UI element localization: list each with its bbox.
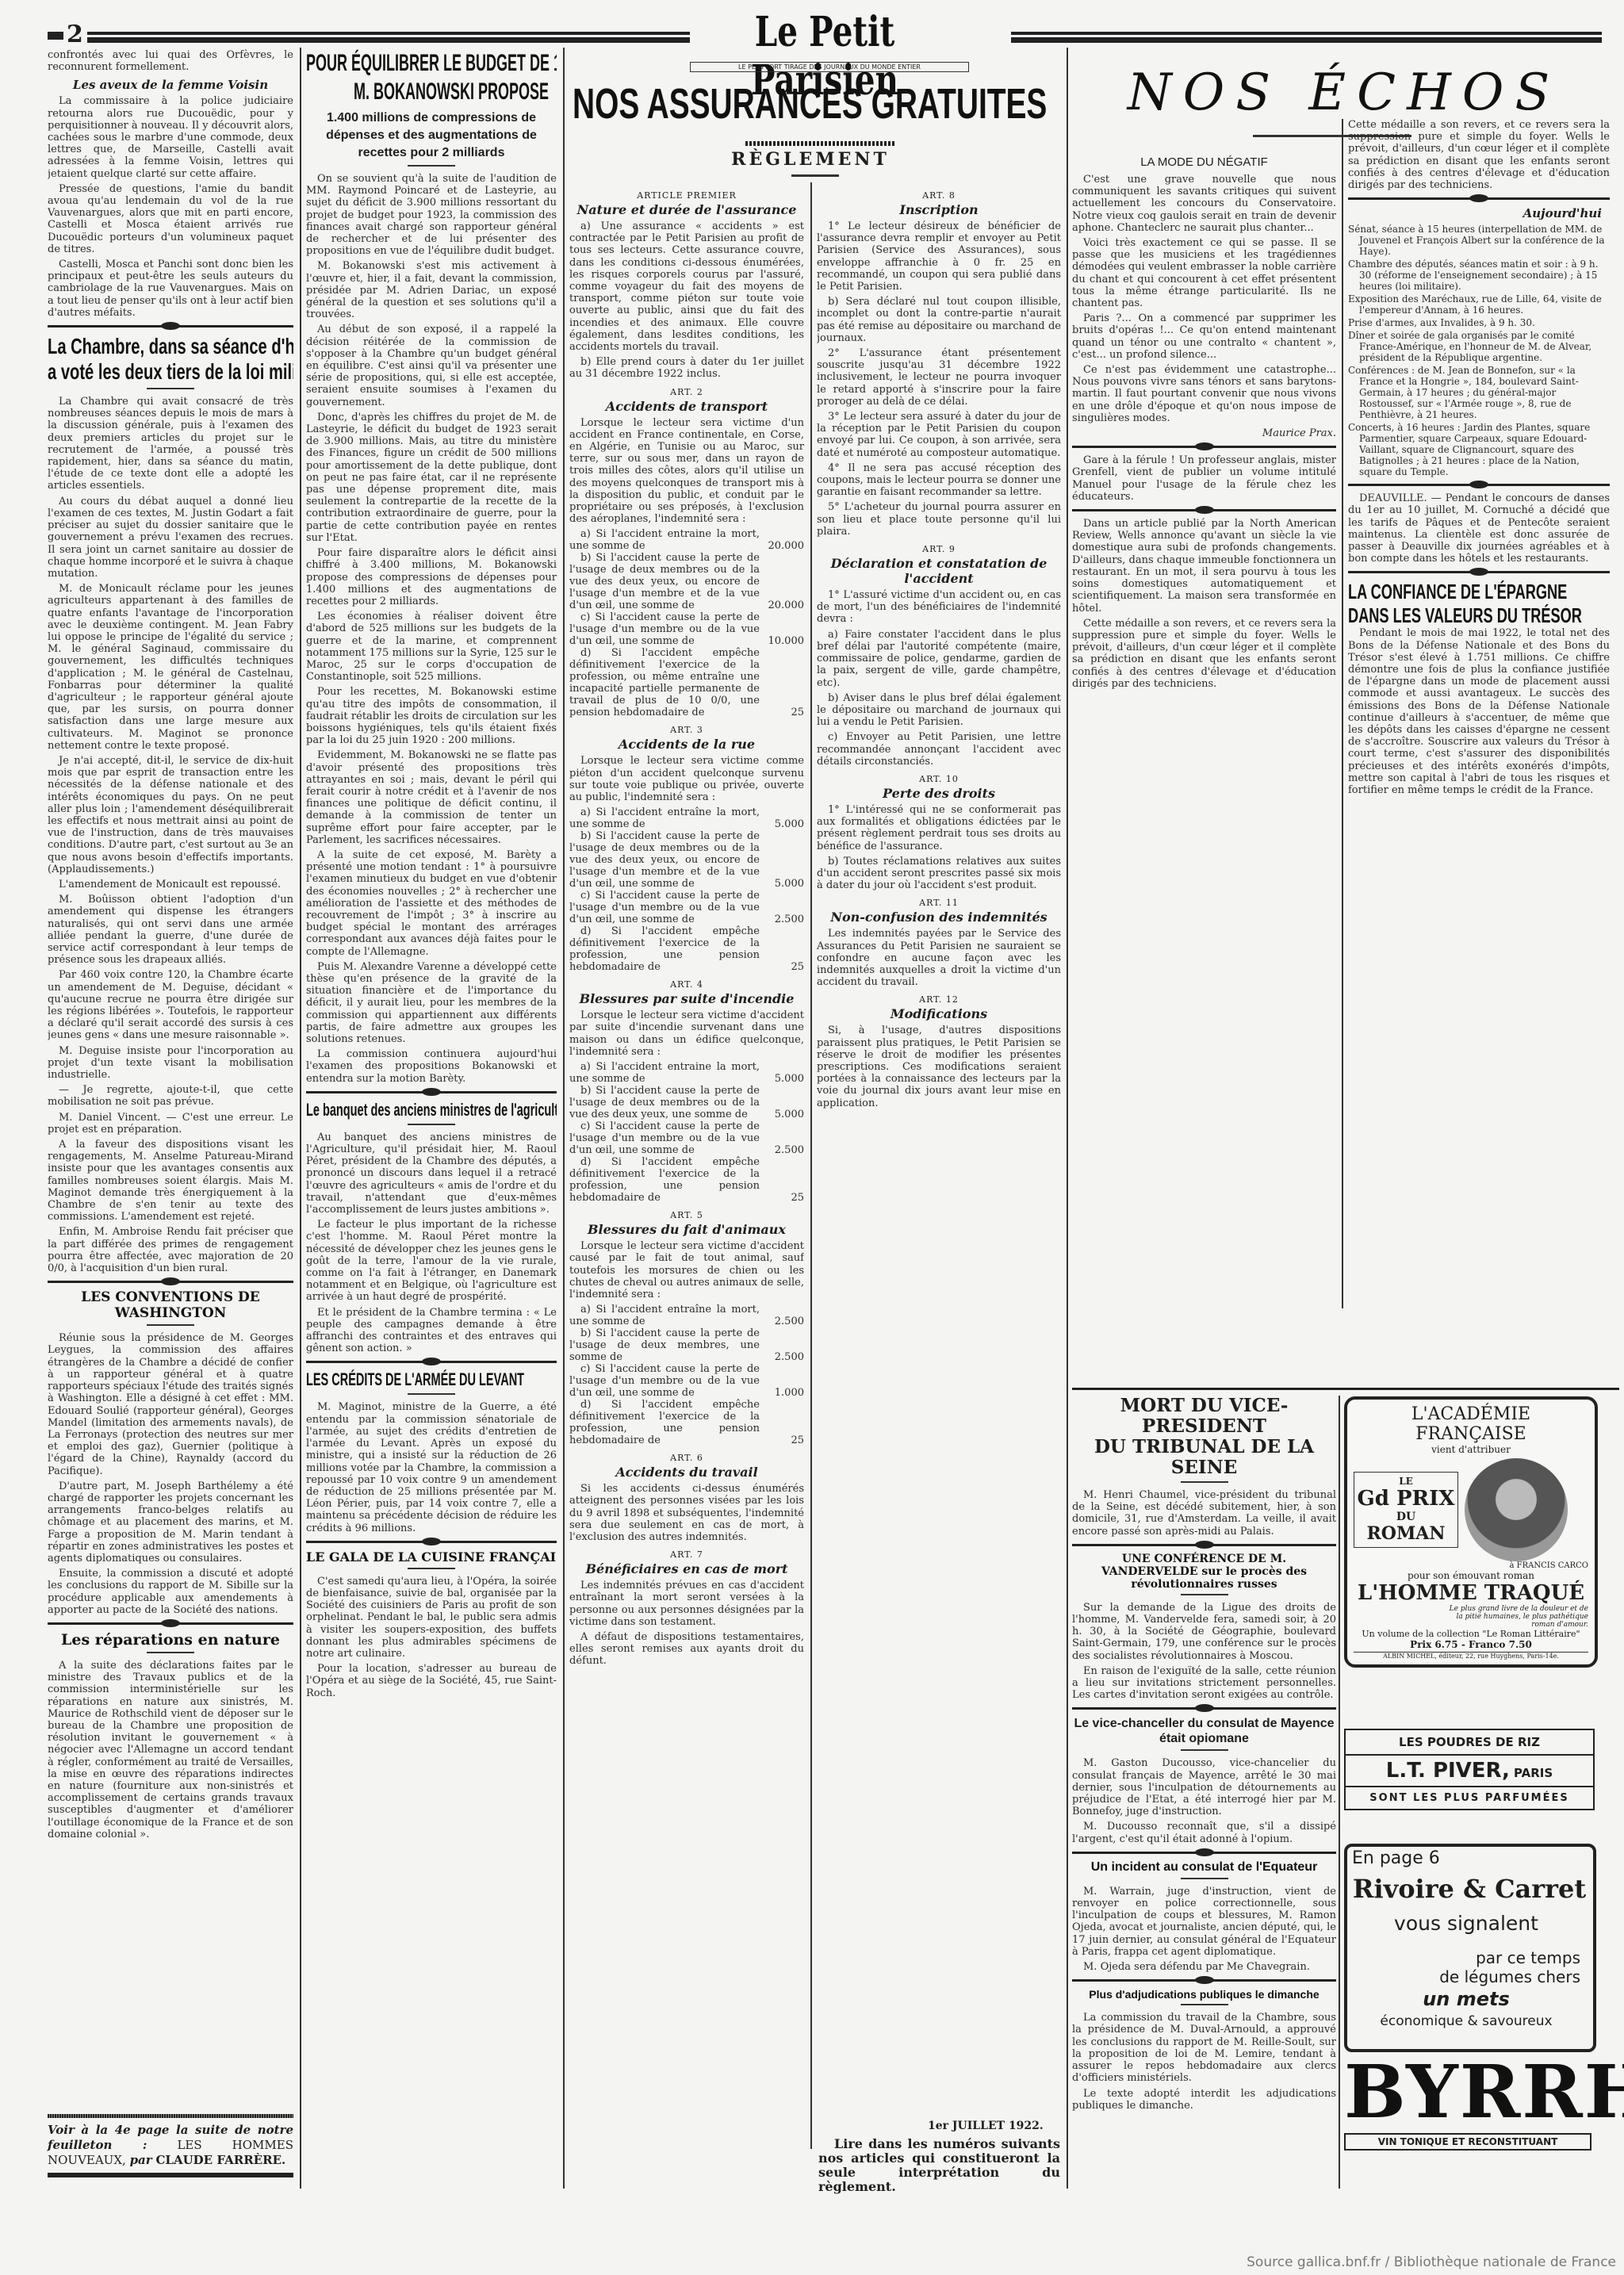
echoes-title: NOS ÉCHOS <box>1082 63 1606 122</box>
paragraph: M. Warrain, juge d'instruction, vient de… <box>1072 1886 1336 1958</box>
column-1: confrontés avec lui quai des Orfèvres, l… <box>48 49 293 2190</box>
mini-rule <box>147 1652 194 1653</box>
paragraph: Lorsque le lecteur sera victime d'un acc… <box>569 417 804 526</box>
paragraph: 5° L'acheteur du journal pourra assurer … <box>817 501 1061 538</box>
paragraph: Le texte adopté interdit les adjudicatio… <box>1072 2088 1336 2112</box>
paragraph: Pour la location, s'adresser au bureau d… <box>306 1663 557 1699</box>
article-label: ART. 8 <box>817 190 1061 201</box>
ad-academie[interactable]: L'ACADÉMIE FRANÇAISE vient d'attribuer L… <box>1344 1392 1598 1672</box>
headline-credits-levant: LES CRÉDITS DE L'ARMÉE DU LEVANT <box>306 1369 472 1390</box>
article-title: Modifications <box>817 1006 1061 1021</box>
paragraph: Castelli, Mosca et Panchi sont donc bien… <box>48 259 293 319</box>
article-section: ART. 3Accidents de la rueLorsque le lect… <box>569 725 804 973</box>
indemnity-row: d) Si l'accident empêche définitivement … <box>569 925 804 973</box>
column-rule <box>1067 48 1068 2189</box>
indemnity-row: a) Si l'accident entraine la mort, une s… <box>569 528 804 552</box>
paragraph: Pressée de questions, l'amie du bandit a… <box>48 183 293 255</box>
paragraph: Au début de son exposé, il a rappelé la … <box>306 324 557 408</box>
paragraph: Paris ?... On a commencé par supprimer l… <box>1072 312 1336 361</box>
paragraph: b) Elle prend cours à dater du 1er juill… <box>569 356 804 380</box>
article-label: ART. 4 <box>569 979 804 990</box>
ad-collection: Un volume de la collection "Le Roman Lit… <box>1354 1629 1588 1639</box>
mini-rule <box>1181 1481 1228 1483</box>
ornamental-rule <box>48 1281 293 1283</box>
agenda-item: Dîner et soirée de gala organisés par le… <box>1348 330 1610 363</box>
column-rule <box>1339 1396 1340 2189</box>
paragraph: Le facteur le plus important de la riche… <box>306 1219 557 1303</box>
column-rule <box>1342 119 1343 1308</box>
dotted-rule <box>48 2173 293 2177</box>
article-section: ART. 8Inscription1° Le lecteur désireux … <box>817 190 1061 538</box>
headline-reparations: Les réparations en nature <box>48 1631 293 1649</box>
indemnity-value: 25 <box>760 961 804 973</box>
ad-rivoire-brand: Rivoire & Carret <box>1350 1874 1588 1904</box>
ad-author: à FRANCIS CARCO <box>1354 1561 1588 1570</box>
indemnity-row: a) Si l'accident entraîne la mort, une s… <box>569 806 804 830</box>
indemnity-value: 5.000 <box>760 878 804 890</box>
paragraph: 1° Le lecteur désireux de bénéficier de … <box>817 220 1061 293</box>
paragraph: Ensuite, la commission a discuté et adop… <box>48 1568 293 1616</box>
indemnity-row: d) Si l'accident empêche définitivement … <box>569 1156 804 1204</box>
article-title: Non-confusion des indemnités <box>817 910 1061 925</box>
ad-prize-box: LE Gd PRIX DU ROMAN <box>1354 1472 1458 1548</box>
paragraph: M. Gaston Ducousso, vice-chancelier du c… <box>1072 1757 1336 1817</box>
indemnity-value: 5.000 <box>760 1073 804 1085</box>
paragraph: La commission du travail de la Chambre, … <box>1072 2012 1336 2084</box>
paragraph: Voici très exactement ce qui se passe. I… <box>1072 237 1336 309</box>
closing-note: Lire dans les numéros suivants nos artic… <box>818 2137 1060 2194</box>
paragraph: D'autre part, M. Joseph Barthélemy a été… <box>48 1480 293 1565</box>
indemnity-row: c) Si l'accident cause la perte de l'usa… <box>569 890 804 925</box>
article-section: ART. 10Perte des droits1° L'intéressé qu… <box>817 774 1061 891</box>
headline-assurances: NOS ASSURANCES GRATUITES <box>573 79 926 128</box>
ad-byrrh-tagline: VIN TONIQUE ET RECONSTITUANT <box>1344 2133 1591 2151</box>
ornamental-rule <box>306 1091 557 1093</box>
mini-rule <box>408 1393 455 1395</box>
ornamental-rule <box>1348 571 1610 573</box>
section-rule <box>1072 1388 1619 1390</box>
indemnity-value: 1.000 <box>760 1387 804 1399</box>
masthead-rule-left-long <box>87 32 690 43</box>
subheadline-reglement: RÈGLEMENT <box>573 149 1048 170</box>
paragraph: 1° L'intéressé qui ne se conformerait pa… <box>817 804 1061 852</box>
paragraph: A la suite des déclarations faites par l… <box>48 1660 293 1840</box>
paragraph: Evidemment, M. Bokanowski ne se flatte p… <box>306 749 557 846</box>
column-4-lower: MORT DU VICE-PRESIDENT DU TRIBUNAL DE LA… <box>1072 1396 1336 2228</box>
ad-rivoire-page: En page 6 <box>1352 1848 1440 1868</box>
article-section: ART. 2Accidents de transportLorsque le l… <box>569 387 804 719</box>
indemnity-row: b) Si l'accident cause la perte de l'usa… <box>569 1327 804 1363</box>
article-title: Accidents de transport <box>569 399 804 414</box>
paragraph: 1° L'assuré victime d'un accident ou, en… <box>817 589 1061 626</box>
paragraph: a) Faire constater l'accident dans le pl… <box>817 629 1061 689</box>
paragraph: Dans un article publié par la North Amer… <box>1072 518 1336 615</box>
article-label: ART. 6 <box>569 1453 804 1463</box>
article-label: ART. 10 <box>817 774 1061 784</box>
paragraph: Enfin, M. Ambroise Rendu fait préciser q… <box>48 1226 293 1274</box>
ad-publisher: ALBIN MICHEL, éditeur, 22, rue Huyghens,… <box>1354 1652 1588 1660</box>
paragraph: b) Sera déclaré nul tout coupon illisibl… <box>817 296 1061 344</box>
paragraph: Au banquet des anciens ministres de l'Ag… <box>306 1132 557 1216</box>
source-credit: Source gallica.bnf.fr / Bibliothèque nat… <box>1247 2254 1616 2270</box>
feuilleton-by: par <box>130 2153 152 2167</box>
paragraph: M. Daniel Vincent. — C'est une erreur. L… <box>48 1112 293 1136</box>
agenda-item: Conférences : de M. Jean de Bonnefon, su… <box>1348 365 1610 420</box>
headline-washington: LES CONVENTIONS DE WASHINGTON <box>48 1289 293 1321</box>
author-portrait <box>1465 1458 1568 1561</box>
ad-byrrh[interactable]: BYRRH VIN TONIQUE ET RECONSTITUANT <box>1344 2054 1591 2151</box>
ornamental-rule <box>1072 1852 1336 1854</box>
ornamental-rule <box>1348 484 1610 486</box>
article-label: ART. 11 <box>817 898 1061 908</box>
paragraph: Ce n'est pas évidemment une catastrophe.… <box>1072 364 1336 424</box>
paragraph: A la faveur des dispositions visant les … <box>48 1139 293 1223</box>
headline-mort: MORT DU VICE-PRESIDENT DU TRIBUNAL DE LA… <box>1072 1396 1336 1478</box>
article-section: ARTICLE PREMIERNature et durée de l'assu… <box>569 190 804 381</box>
indemnity-row: b) Si l'accident cause la perte de l'usa… <box>569 1085 804 1120</box>
article-title: Blessures par suite d'incendie <box>569 991 804 1006</box>
date-line: 1er JUILLET 1922. <box>928 2120 1044 2132</box>
article-label: ART. 9 <box>817 544 1061 554</box>
byline: Maurice Prax. <box>1072 427 1336 439</box>
paragraph: M. Bokanowski s'est mis activement à l'œ… <box>306 260 557 320</box>
paragraph: a) Une assurance « accidents » est contr… <box>569 220 804 353</box>
indemnity-row: c) Si l'accident cause la perte de l'usa… <box>569 611 804 647</box>
ornamental-rule <box>1348 197 1610 200</box>
indemnity-row: a) Si l'accident entraine la mort, une s… <box>569 1061 804 1085</box>
ad-rivoire-line4: un mets <box>1347 1988 1585 2010</box>
headline-budget: POUR ÉQUILIBRER LE BUDGET DE 1923 M. BOK… <box>306 49 557 106</box>
article-label: ART. 5 <box>569 1210 804 1220</box>
column-rule <box>563 48 565 2189</box>
ad-piver-line3: SONT LES PLUS PARFUMÉES <box>1346 1787 1593 1809</box>
paragraph: M. Ducousso reconnaît que, s'il a dissip… <box>1072 1821 1336 1844</box>
paragraph: Cette médaille a son revers, et ce rever… <box>1072 618 1336 690</box>
indemnity-value: 20.000 <box>760 599 804 611</box>
feuilleton-note: Voir à la 4e page la suite de notre feui… <box>48 2114 293 2177</box>
indemnity-row: b) Si l'accident cause la perte de l'usa… <box>569 552 804 611</box>
ad-piver-city: PARIS <box>1514 1766 1553 1780</box>
paragraph: Si, à l'usage, d'autres dispositions par… <box>817 1025 1061 1109</box>
ornamental-rule <box>306 1541 557 1543</box>
paragraph: La Chambre qui avait consacré de très no… <box>48 396 293 492</box>
ad-piver-line1: LES POUDRES DE RIZ <box>1346 1730 1593 1756</box>
paragraph: M. Henri Chaumel, vice-président du trib… <box>1072 1489 1336 1538</box>
echoes-column-right: Cette médaille a son revers, et ce rever… <box>1348 119 1610 1308</box>
paragraph: Au cours du débat auquel a donné lieu l'… <box>48 496 293 580</box>
indemnity-row: c) Si l'accident cause la perte de l'usa… <box>569 1120 804 1156</box>
mini-rule <box>408 165 455 167</box>
article-label: ARTICLE PREMIER <box>569 190 804 201</box>
paragraph: M. de Monicault réclame pour les jeunes … <box>48 583 293 752</box>
article-section: ART. 5Blessures du fait d'animauxLorsque… <box>569 1210 804 1446</box>
indemnity-value: 10.000 <box>760 635 804 647</box>
indemnity-value: 25 <box>760 1434 804 1446</box>
aujourdhui-title: Aujourd'hui <box>1348 206 1602 220</box>
article-title: Accidents du travail <box>569 1465 804 1480</box>
ornamental-rule <box>306 1361 557 1363</box>
paragraph: Si les accidents ci-dessus énumérés atte… <box>569 1483 804 1543</box>
paragraph: On se souvient qu'à la suite de l'auditi… <box>306 173 557 257</box>
indemnity-row: c) Si l'accident cause la perte de l'usa… <box>569 1363 804 1399</box>
headline-banquet: Le banquet des anciens ministres de l'ag… <box>306 1100 472 1120</box>
mode-title: LA MODE DU NÉGATIF <box>1072 155 1336 169</box>
paragraph: La commission continuera aujourd'hui l'e… <box>306 1048 557 1085</box>
article-title: Blessures du fait d'animaux <box>569 1222 804 1237</box>
column-rule <box>810 182 812 2149</box>
paragraph: Et le président de la Chambre termina : … <box>306 1307 557 1355</box>
article-title: Nature et durée de l'assurance <box>569 202 804 217</box>
agenda-item: Concerts, à 16 heures : Jardin des Plant… <box>1348 422 1610 477</box>
ad-academie-sub: vient d'attribuer <box>1354 1444 1588 1455</box>
paragraph: Gare à la férule ! Un professeur anglais… <box>1072 454 1336 503</box>
indemnity-value: 2.500 <box>760 1351 804 1363</box>
ad-book-title: L'HOMME TRAQUÉ <box>1354 1581 1588 1605</box>
indemnity-value: 2.500 <box>760 1144 804 1156</box>
agenda-item: Chambre des députés, séances matin et so… <box>1348 259 1610 292</box>
wavy-rule <box>745 141 896 146</box>
paragraph: Puis M. Alexandre Varenne a développé ce… <box>306 961 557 1045</box>
mini-rule <box>1181 1878 1228 1879</box>
indemnity-value: 25 <box>760 1192 804 1204</box>
ad-byrrh-brand: BYRRH <box>1344 2054 1591 2130</box>
column-rule <box>300 48 301 2189</box>
paragraph: Les indemnités payées par le Service des… <box>817 928 1061 988</box>
dotted-rule <box>48 2114 293 2118</box>
mini-rule <box>408 1568 455 1569</box>
mini-rule <box>1181 1749 1228 1751</box>
article-title: Bénéficiaires en cas de mort <box>569 1561 804 1576</box>
indemnity-value: 20.000 <box>760 540 804 552</box>
paragraph: b) Toutes réclamations relatives aux sui… <box>817 856 1061 892</box>
ornamental-rule <box>1072 509 1336 511</box>
paragraph: M. Ojeda sera défendu par Me Chavegrain. <box>1072 1961 1336 1973</box>
headline-gala: LE GALA DE LA CUISINE FRANÇAISE <box>306 1549 557 1565</box>
feuilleton-author: CLAUDE FARRÈRE. <box>155 2153 285 2167</box>
ad-rivoire-line5: économique & savoureux <box>1347 2013 1585 2029</box>
headline-adjudications: Plus d'adjudications publiques le dimanc… <box>1072 1988 1336 2001</box>
article-title: Déclaration et constatation de l'acciden… <box>817 556 1061 586</box>
aujourdhui-list: Sénat, séance à 15 heures (interpellatio… <box>1348 224 1610 477</box>
article-title: Accidents de la rue <box>569 737 804 752</box>
indemnity-row: d) Si l'accident empêche définitivement … <box>569 1399 804 1446</box>
article-section: ART. 9Déclaration et constatation de l'a… <box>817 544 1061 768</box>
ornamental-rule <box>48 325 293 327</box>
paragraph: Les indemnités prévues en cas d'accident… <box>569 1580 804 1628</box>
subhead-aveux-voisin: Les aveux de la femme Voisin <box>48 78 293 92</box>
ad-rivoire-carret[interactable]: En page 6 Rivoire & Carret vous signalen… <box>1344 1844 1596 2052</box>
paragraph: L'amendement de Monicault est repoussé. <box>48 879 293 890</box>
paragraph: — Je regrette, ajoute-t-il, que cette mo… <box>48 1084 293 1108</box>
agenda-item: Sénat, séance à 15 heures (interpellatio… <box>1348 224 1610 257</box>
paragraph: En raison de l'exiguïté de la salle, cet… <box>1072 1665 1336 1702</box>
page-number: 2 <box>67 21 83 48</box>
ad-rivoire-line1: vous signalent <box>1347 1912 1585 1935</box>
paragraph: La commissaire à la police judiciaire re… <box>48 95 293 179</box>
paragraph: A la suite de cet exposé, M. Barèty a pr… <box>306 849 557 958</box>
article-label: ART. 3 <box>569 725 804 735</box>
indemnity-value: 25 <box>760 707 804 718</box>
paragraph: b) Aviser dans le plus bref délai égalem… <box>817 692 1061 729</box>
paragraph: Lorsque le lecteur sera victime comme pi… <box>569 755 804 803</box>
paragraph: 2° L'assurance étant présentement souscr… <box>817 347 1061 408</box>
headline-chambre: La Chambre, dans sa séance d'hier matin,… <box>48 334 293 385</box>
ad-rivoire-line2: par ce temps <box>1476 1948 1580 1967</box>
agenda-item: Prise d'armes, aux Invalides, à 9 h. 30. <box>1348 317 1610 328</box>
article-section: ART. 4Blessures par suite d'incendieLors… <box>569 979 804 1204</box>
article-label: ART. 12 <box>817 994 1061 1005</box>
paragraph: Par 460 voix contre 120, la Chambre écar… <box>48 969 293 1041</box>
indemnity-value: 5.000 <box>760 1109 804 1120</box>
ad-piver-brand: L.T. PIVER, <box>1386 1759 1510 1783</box>
deauville-paragraph: DEAUVILLE. — Pendant le concours de dans… <box>1348 492 1610 565</box>
article-label: ART. 7 <box>569 1549 804 1560</box>
paragraph: M. Boûisson obtient l'adoption d'un amen… <box>48 894 293 966</box>
article-section: ART. 6Accidents du travailSi les acciden… <box>569 1453 804 1543</box>
indemnity-row: a) Si l'accident entraîne la mort, une s… <box>569 1304 804 1327</box>
center-column-left: ARTICLE PREMIERNature et durée de l'assu… <box>569 184 804 2214</box>
mini-rule <box>147 1324 194 1326</box>
article-section: ART. 7Bénéficiaires en cas de mortLes in… <box>569 1549 804 1667</box>
paragraph: Pour les recettes, M. Bokanowski estime … <box>306 686 557 746</box>
ornamental-rule <box>1072 1979 1336 1982</box>
paragraph: Je n'ai accepté, dit-il, le service de d… <box>48 755 293 875</box>
paragraph: confrontés avec lui quai des Orfèvres, l… <box>48 49 293 73</box>
ad-rivoire-line3: de légumes chers <box>1439 1967 1580 1986</box>
ornamental-rule <box>48 1622 293 1625</box>
indemnity-value: 2.500 <box>760 913 804 925</box>
newspaper-tagline: LE PLUS FORT TIRAGE DES JOURNAUX DU MOND… <box>690 62 969 72</box>
agenda-item: Exposition des Maréchaux, rue de Lille, … <box>1348 293 1610 316</box>
ad-blurb: Le plus grand livre de la douleur et de … <box>1449 1605 1588 1629</box>
mini-rule <box>1181 1594 1228 1595</box>
echoes-column-left: LA MODE DU NÉGATIF C'est une grave nouve… <box>1072 151 1336 1308</box>
paragraph: Sur la demande de la Ligue des droits de… <box>1072 1602 1336 1662</box>
ornamental-rule <box>1072 1544 1336 1546</box>
paragraph: Réunie sous la présidence de M. Georges … <box>48 1332 293 1476</box>
paragraph: Donc, d'après les chiffres du projet de … <box>306 412 557 544</box>
masthead-rule-right-long <box>1011 32 1602 43</box>
indemnity-row: b) Si l'accident cause la perte de l'usa… <box>569 830 804 890</box>
indemnity-value: 2.500 <box>760 1316 804 1327</box>
indemnity-value: 5.000 <box>760 818 804 830</box>
article-label: ART. 2 <box>569 387 804 397</box>
article-section: ART. 12ModificationsSi, à l'usage, d'aut… <box>817 994 1061 1109</box>
paragraph: 3° Le lecteur sera assuré à dater du jou… <box>817 411 1061 459</box>
subhead-budget: 1.400 millions de compressions de dépens… <box>306 109 557 162</box>
paragraph: 4° Il ne sera pas accusé réception des c… <box>817 462 1061 499</box>
ad-academie-title: L'ACADÉMIE FRANÇAISE <box>1354 1404 1588 1444</box>
paragraph: A défaut de dispositions testamentaires,… <box>569 1631 804 1668</box>
masthead-rule-left <box>48 32 63 40</box>
ornamental-rule <box>1072 446 1336 448</box>
column-2: POUR ÉQUILIBRER LE BUDGET DE 1923 M. BOK… <box>306 49 557 2190</box>
paragraph: C'est une grave nouvelle que nous commun… <box>1072 174 1336 234</box>
headline-equateur: Un incident au consulat de l'Equateur <box>1072 1860 1336 1875</box>
ornamental-rule <box>1072 1707 1336 1710</box>
mini-rule <box>791 174 839 177</box>
paragraph: Pendant le mois de mai 1922, le total ne… <box>1348 627 1610 796</box>
ad-pour: pour son émouvant roman <box>1354 1570 1588 1581</box>
ad-price: Prix 6.75 - Franco 7.50 <box>1354 1639 1588 1650</box>
headline-vandervelde: UNE CONFÉRENCE DE M. VANDERVELDE sur le … <box>1072 1553 1336 1591</box>
paragraph: Lorsque le lecteur sera victime d'accide… <box>569 1009 804 1058</box>
paragraph: Les économies à réaliser doivent être d'… <box>306 611 557 683</box>
headline-mayence: Le vice-chanceller du consulat de Mayenc… <box>1072 1716 1336 1746</box>
mini-rule <box>408 1124 455 1125</box>
article-title: Perte des droits <box>817 786 1061 801</box>
mini-rule <box>147 388 194 389</box>
article-title: Inscription <box>817 202 1061 217</box>
indemnity-row: d) Si l'accident empêche définitivement … <box>569 647 804 718</box>
paragraph: M. Deguise insiste pour l'incorporation … <box>48 1045 293 1082</box>
paragraph: Cette médaille a son revers, et ce rever… <box>1348 119 1610 191</box>
paragraph: C'est samedi qu'aura lieu, à l'Opéra, la… <box>306 1576 557 1660</box>
headline-epargne: LA CONFIANCE DE L'ÉPARGNE DANS LES VALEU… <box>1348 580 1531 627</box>
paragraph: Lorsque le lecteur sera victime d'accide… <box>569 1240 804 1300</box>
paragraph: M. Maginot, ministre de la Guerre, a été… <box>306 1401 557 1534</box>
ad-piver[interactable]: LES POUDRES DE RIZ L.T. PIVER, PARIS SON… <box>1344 1729 1595 1810</box>
center-column-right: ART. 8Inscription1° Le lecteur désireux … <box>817 184 1061 2119</box>
paragraph: Pour faire disparaître alors le déficit … <box>306 547 557 607</box>
paragraph: c) Envoyer au Petit Parisien, une lettre… <box>817 731 1061 768</box>
mini-rule <box>1181 2004 1228 2005</box>
article-section: ART. 11Non-confusion des indemnitésLes i… <box>817 898 1061 988</box>
